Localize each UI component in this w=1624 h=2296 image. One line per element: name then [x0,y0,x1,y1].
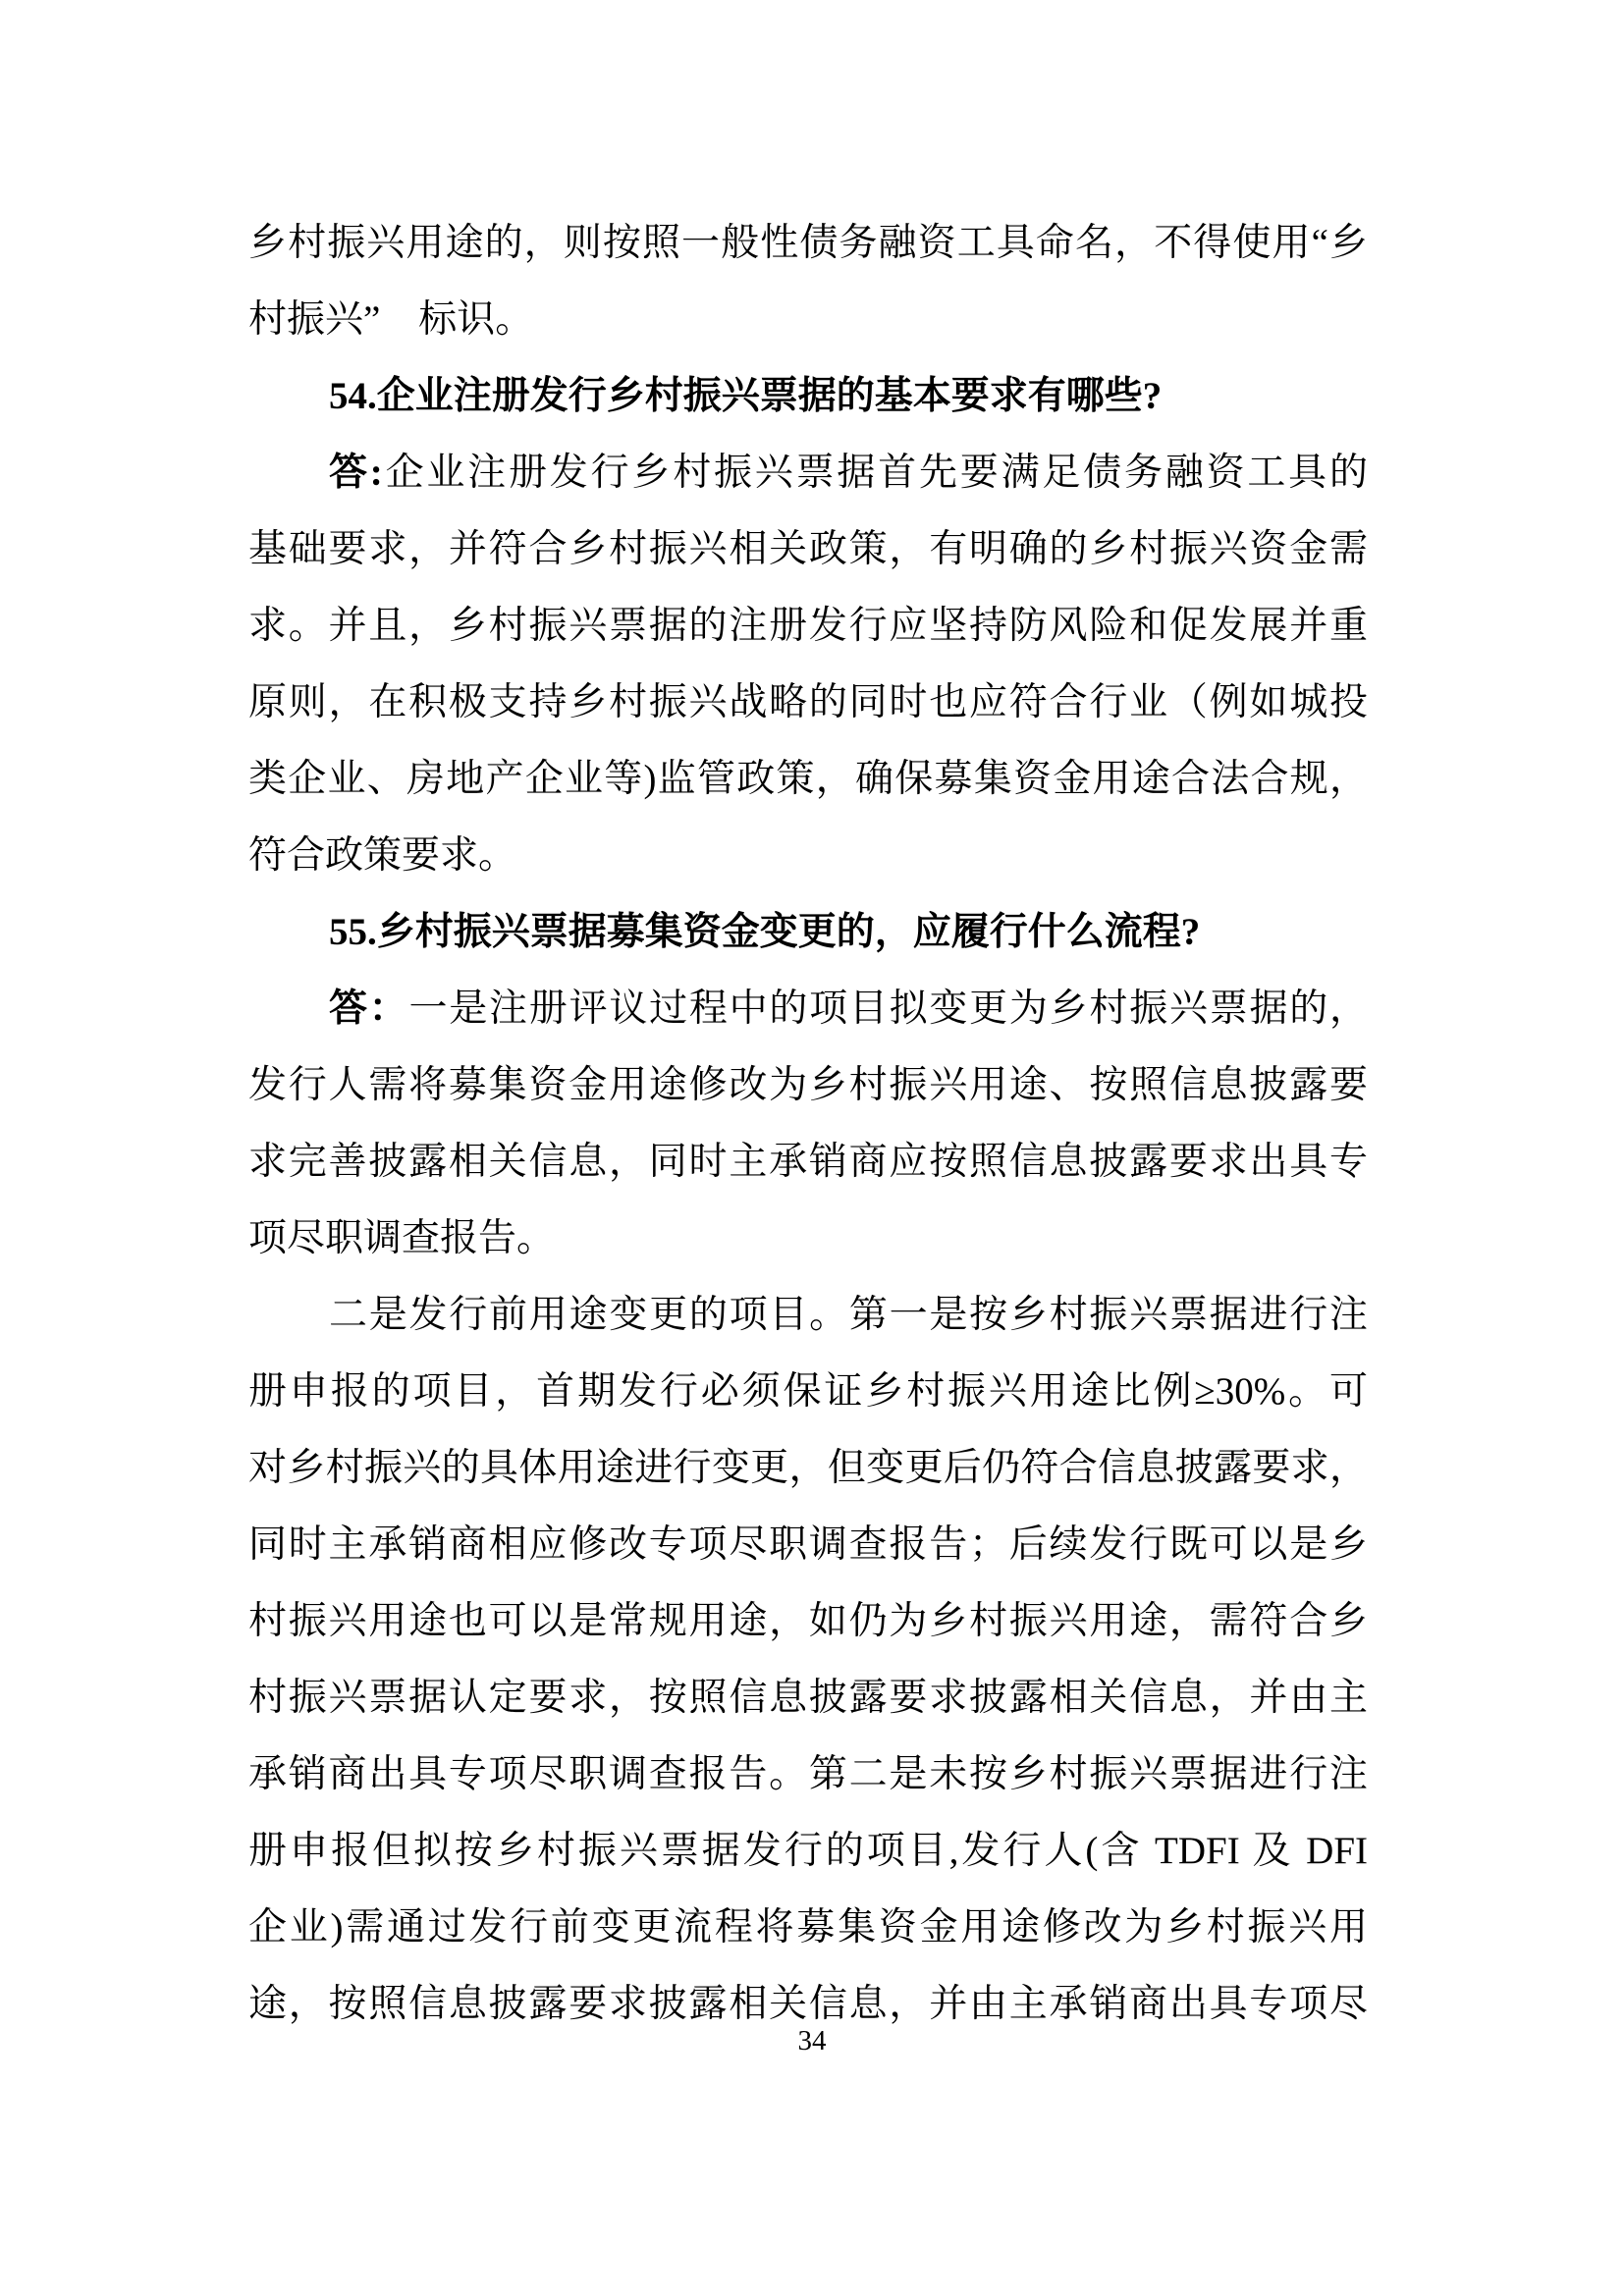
text-line: 承销商出具专项尽职调查报告。第二是未按乡村振兴票据进行注 [248,1736,1368,1813]
text-line: 项尽职调查报告。 [248,1201,1368,1277]
question-heading: 54.企业注册发行乡村振兴票据的基本要求有哪些? [248,358,1368,435]
text-line: 发行人需将募集资金用途修改为乡村振兴用途、按照信息披露要 [248,1047,1368,1124]
text-line: 村振兴票据认定要求，按照信息披露要求披露相关信息，并由主 [248,1660,1368,1736]
text-line: 原则，在积极支持乡村振兴战略的同时也应符合行业（例如城投 [248,665,1368,741]
text-line: 答：一是注册评议过程中的项目拟变更为乡村振兴票据的， [248,971,1368,1047]
text-line: 类企业、房地产企业等)监管政策，确保募集资金用途合法合规， [248,741,1368,818]
question-heading: 55.乡村振兴票据募集资金变更的，应履行什么流程? [248,894,1368,971]
text-line: 符合政策要求。 [248,818,1368,894]
text-line: 求。并且，乡村振兴票据的注册发行应坚持防风险和促发展并重 [248,588,1368,665]
text-line: 册申报但拟按乡村振兴票据发行的项目,发行人(含 TDFI 及 DFI [248,1813,1368,1890]
text-block: 乡村振兴用途的，则按照一般性债务融资工具命名，不得使用“乡村振兴” 标识。54.… [248,205,1368,2043]
answer-label: 答: [329,452,383,494]
text-line: 乡村振兴用途的，则按照一般性债务融资工具命名，不得使用“乡 [248,205,1368,282]
text-line: 二是发行前用途变更的项目。第一是按乡村振兴票据进行注 [248,1277,1368,1354]
text-line: 村振兴用途也可以是常规用途，如仍为乡村振兴用途，需符合乡 [248,1583,1368,1660]
text-line: 对乡村振兴的具体用途进行变更，但变更后仍符合信息披露要求， [248,1430,1368,1507]
text-line: 同时主承销商相应修改专项尽职调查报告；后续发行既可以是乡 [248,1507,1368,1583]
text-line: 企业)需通过发行前变更流程将募集资金用途修改为乡村振兴用 [248,1890,1368,1966]
text-line: 答:企业注册发行乡村振兴票据首先要满足债务融资工具的 [248,435,1368,511]
text-line: 求完善披露相关信息，同时主承销商应按照信息披露要求出具专 [248,1124,1368,1201]
page-number: 34 [0,2024,1624,2057]
text-line: 基础要求，并符合乡村振兴相关政策，有明确的乡村振兴资金需 [248,511,1368,588]
text-line: 村振兴” 标识。 [248,282,1368,358]
answer-label: 答： [329,988,409,1030]
document-page: 乡村振兴用途的，则按照一般性债务融资工具命名，不得使用“乡村振兴” 标识。54.… [0,0,1624,2296]
text-line: 册申报的项目，首期发行必须保证乡村振兴用途比例≥30%。可 [248,1354,1368,1430]
